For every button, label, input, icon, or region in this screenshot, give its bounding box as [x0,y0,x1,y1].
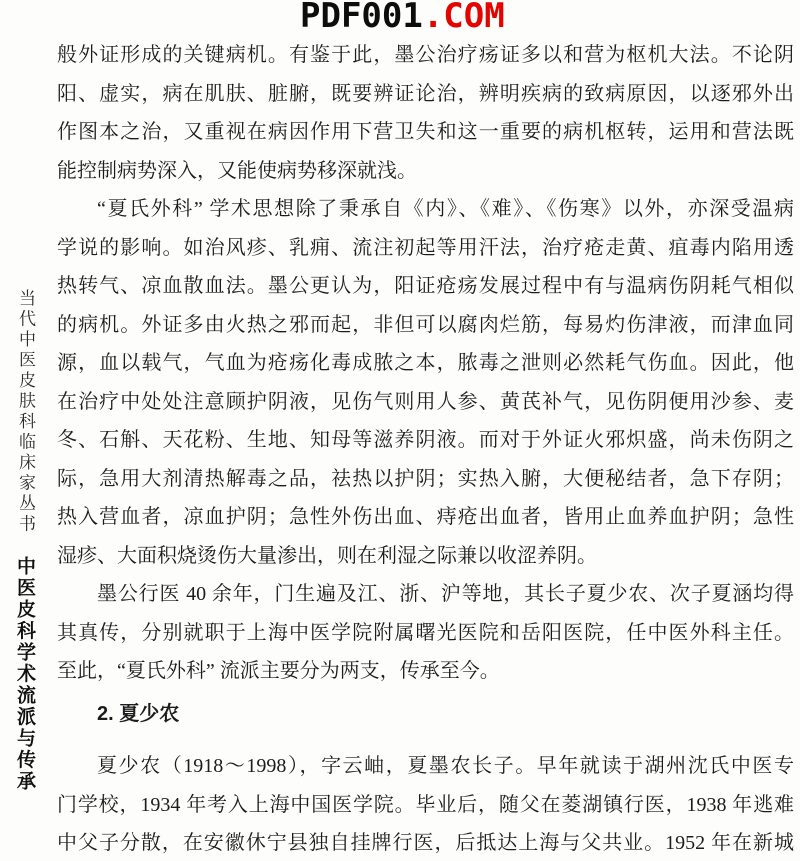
text-line: 夏少农（1918～1998），字云岫，夏墨农长子。早年就读于湖州沈氏中医专 [57,747,794,786]
text-line: 般外证形成的关键病机。有鉴于此，墨公治疗疡证多以和营为枢机大法。不论阴 [57,36,794,75]
text-line: 阳、虚实，病在肌肤、脏腑，既要辨证论治，辨明疾病的致病原因，以逐邪外出 [57,75,794,114]
watermark-site-logo: PDF001.COM [300,0,505,36]
text-line: 湿疹、大面积烧烫伤大量渗出，则在利湿之际兼以收涩养阴。 [57,537,794,576]
text-line: 在治疗中处处注意顾护阴液，见伤气则用人参、黄芪补气，见伤阴便用沙参、麦 [57,383,794,422]
page-body: 般外证形成的关键病机。有鉴于此，墨公治疗疡证多以和营为枢机大法。不论阴 阳、虚实… [57,36,794,861]
text-line: 门学校，1934 年考入上海中国医学院。毕业后，随父在菱湖镇行医，1938 年逃… [57,786,794,825]
text-line: 至此，“夏氏外科” 流派主要分为两支，传承至今。 [57,652,794,691]
sidebar-book-title: 中医皮科学术流派与传承 [11,556,38,793]
watermark-black-text: PDF001 [300,0,423,36]
text-line: 中父子分散，在安徽休宁县独自挂牌行医，后抵达上海与父共业。1952 年在新城 [57,824,794,861]
watermark-red-text: .COM [423,0,505,36]
sidebar-series-title: 当代中医皮肤科临床家丛书 [13,289,38,535]
text-line: 源，血以载气，气血为疮疡化毒成脓之本，脓毒之泄则必然耗气伤血。因此，他 [57,344,794,383]
text-line: 的病机。外证多由火热之邪而起，非但可以腐肉烂筋，每易灼伤津液，而津血同 [57,306,794,345]
text-line: 热转气、凉血散血法。墨公更认为，阳证疮疡发展过程中有与温病伤阴耗气相似 [57,267,794,306]
text-line: 热入营血者，凉血护阴；急性外伤出血、痔疮出血者，皆用止血养血护阴；急性 [57,498,794,537]
text-line: 墨公行医 40 余年，门生遍及江、浙、沪等地，其长子夏少农、次子夏涵均得 [57,575,794,614]
text-line: “夏氏外科” 学术思想除了秉承自《内》、《难》、《伤寒》以外，亦深受温病 [57,190,794,229]
section-heading: 2. 夏少农 [57,695,794,734]
text-line: 其真传，分别就职于上海中医学院附属曙光医院和岳阳医院，任中医外科主任。 [57,614,794,653]
text-line: 学说的影响。如治风疹、乳痈、流注初起等用汗法，治疗疮走黄、疽毒内陷用透 [57,229,794,268]
text-line: 作图本之治，又重视在病因作用下营卫失和这一重要的病机枢转，运用和营法既 [57,113,794,152]
text-line: 际，急用大剂清热解毒之品，祛热以护阴；实热入腑，大便秘结者，急下存阴； [57,460,794,499]
text-line: 能控制病势深入，又能使病势移深就浅。 [57,152,794,191]
text-line: 冬、石斛、天花粉、生地、知母等滋养阴液。而对于外证火邪炽盛，尚未伤阴之 [57,421,794,460]
